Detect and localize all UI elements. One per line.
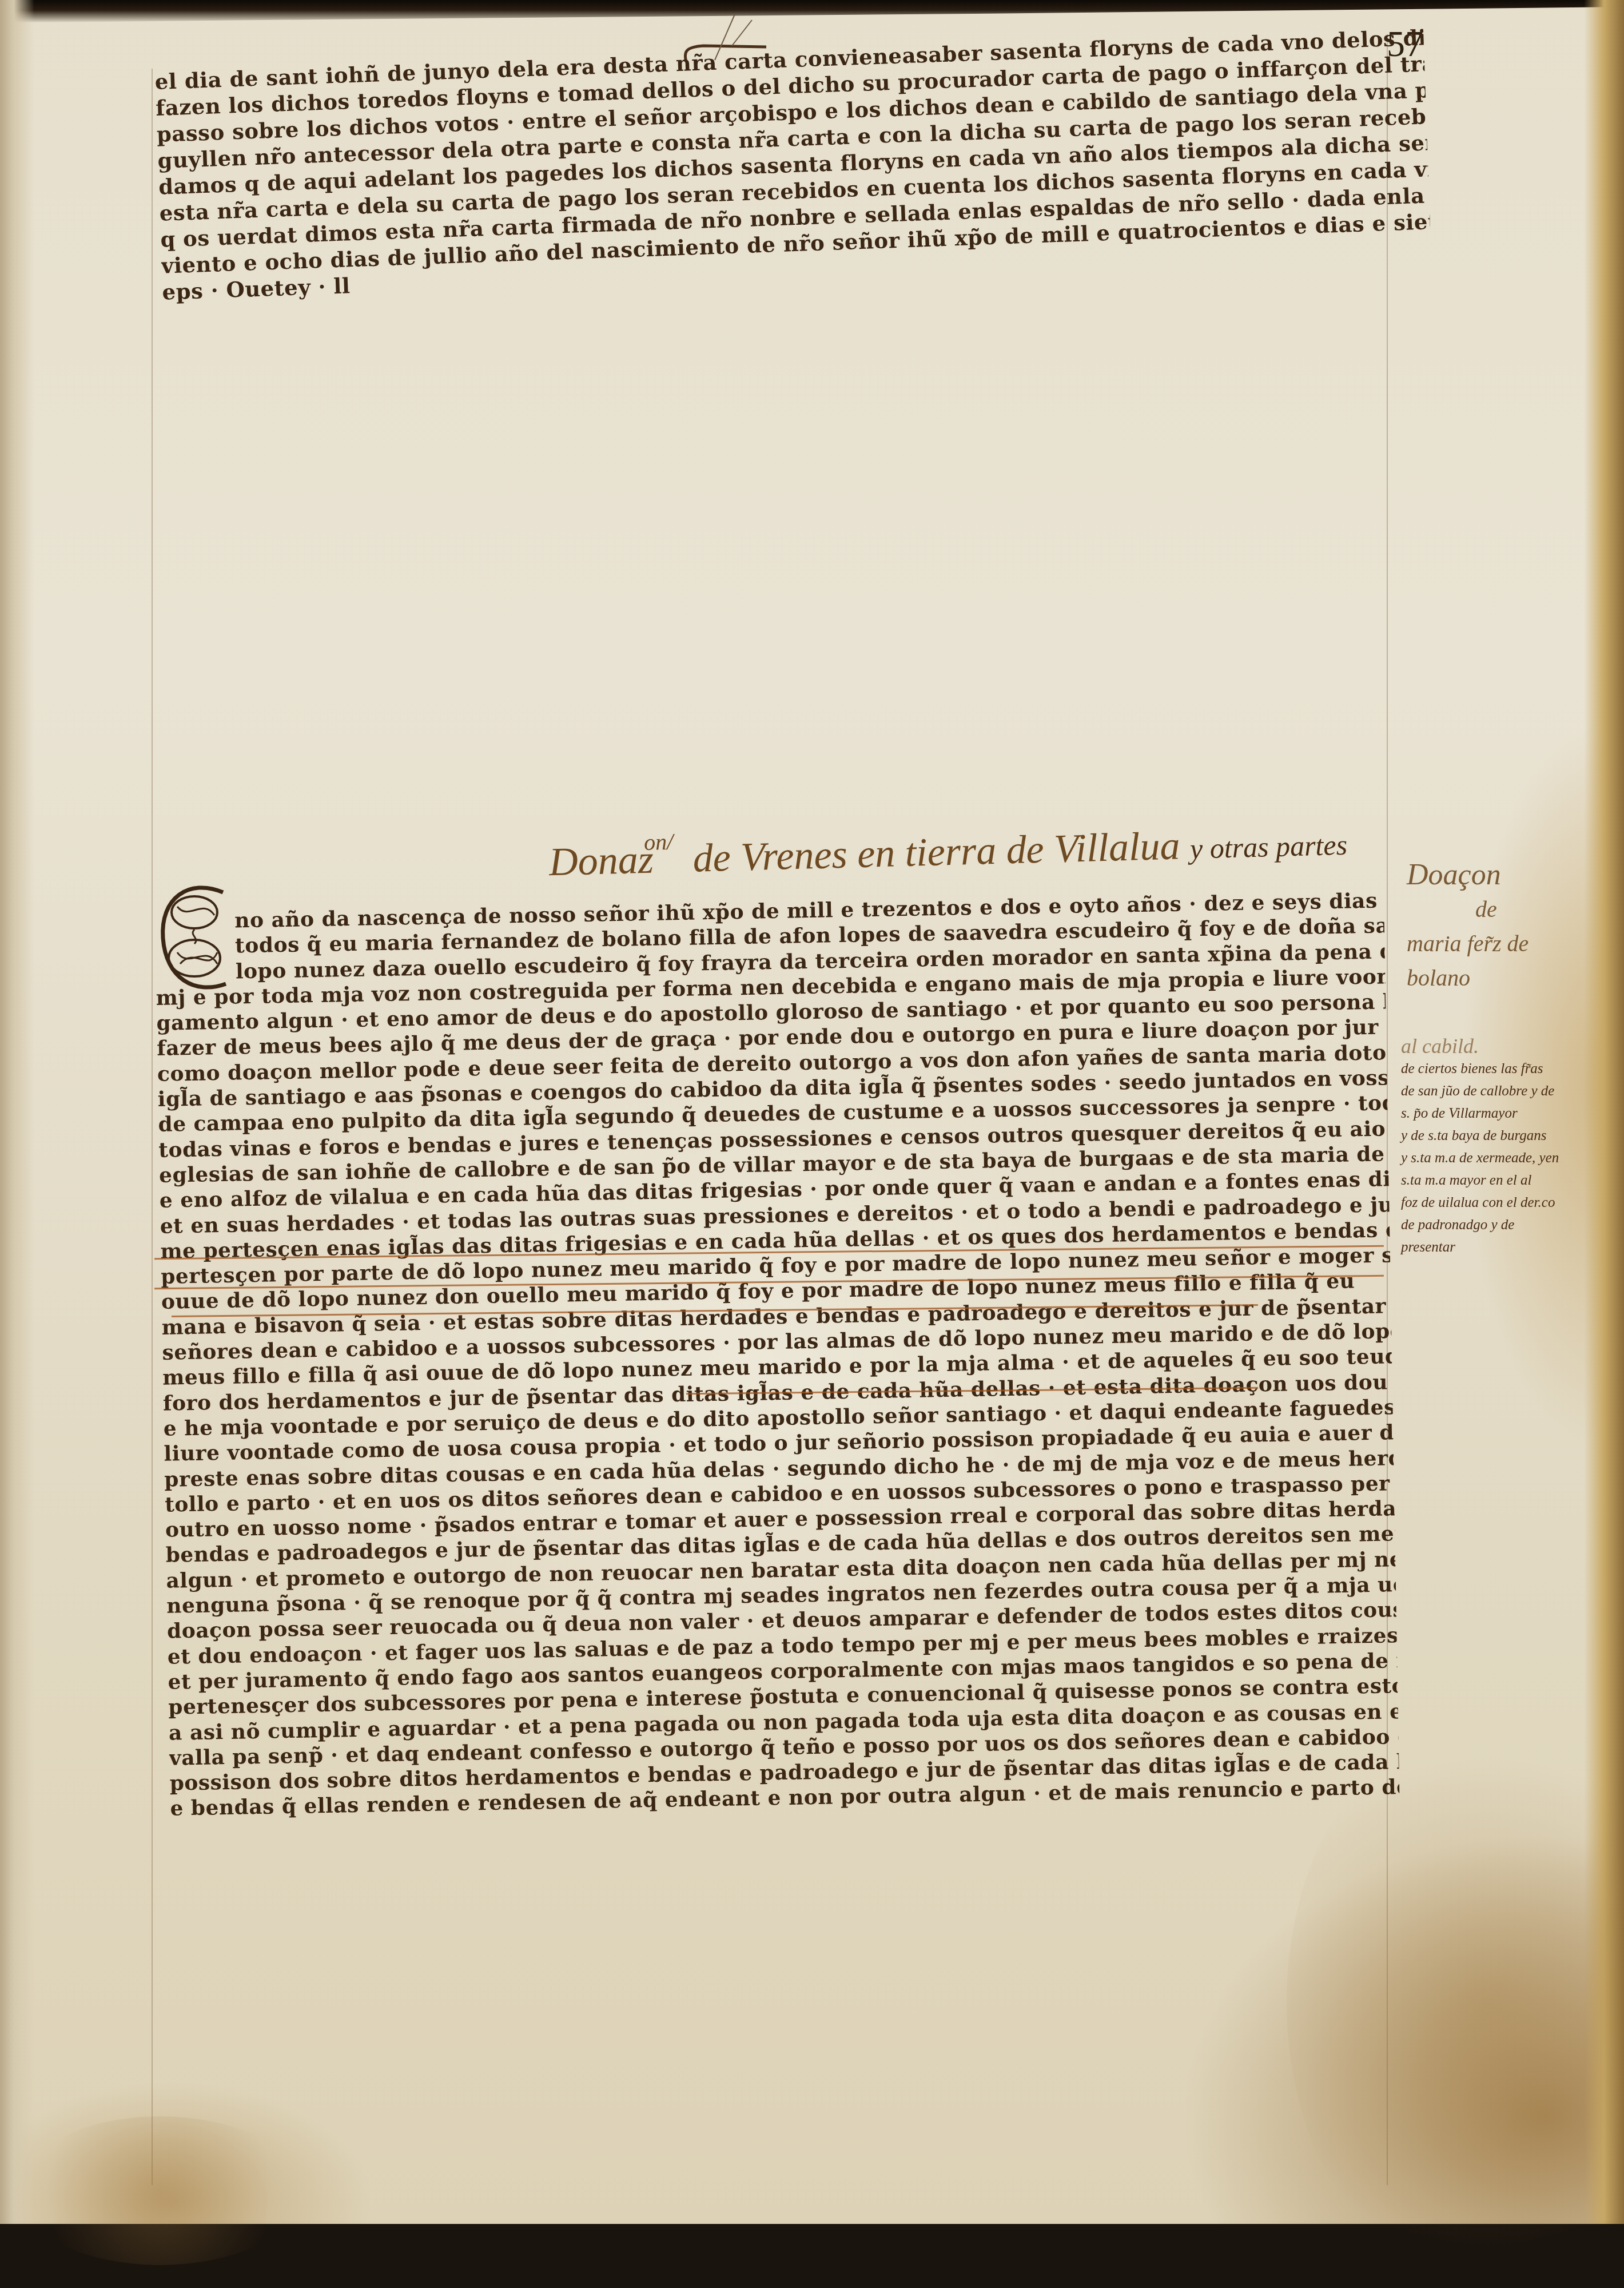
margin-line: s. p̃o de Villarmayor (1401, 1102, 1618, 1125)
margin-note-summary: al cabild. de ciertos bienes las fr̃as d… (1401, 1035, 1618, 1258)
margin-line: Doaçon (1407, 858, 1529, 892)
margin-line: y de s.ta baya de burgans (1401, 1125, 1618, 1147)
margin-line: foz de uilalua con el der.co (1401, 1191, 1618, 1214)
margin-line: de padronadgo y de (1401, 1214, 1618, 1236)
margin-line: presentar (1401, 1236, 1618, 1258)
margin-line: de ciertos bienes las fr̃as (1401, 1058, 1618, 1080)
stain (17, 2116, 303, 2224)
title-abbreviation: on/ (644, 829, 674, 855)
ruling-left (152, 69, 153, 2185)
margin-line: de san jũo de callobre y de (1401, 1080, 1618, 1102)
margin-line: s.ta m.a mayor en el al (1401, 1169, 1618, 1191)
title-suffix: y otras partes (1189, 829, 1347, 865)
charter-2-text: no año da nascença de nosso señor ihũ xp… (154, 888, 1400, 1821)
margin-note-title: Doaçon de maria fer̃z de bolano (1407, 858, 1529, 995)
margin-line: y s.ta m.a de xermeade, yen (1401, 1147, 1618, 1169)
margin-line: bolano (1407, 961, 1529, 995)
margin-line: de (1407, 892, 1529, 927)
manuscript-page: 57 el dia de sant iohñ de junyo dela era… (0, 0, 1624, 2224)
document-title: Donazon/ de Vrenes en tierra de Villalua… (548, 819, 1348, 886)
margin-heading: al cabild. (1401, 1035, 1618, 1058)
title-text: de Vrenes en tierra de Villalua (692, 824, 1181, 880)
charter-1-text: el dia de sant iohñ de junyo dela era de… (154, 25, 1420, 305)
binding-fold (0, 0, 34, 2224)
margin-line: maria fer̃z de (1407, 927, 1529, 961)
title-prefix: Donaz (548, 838, 654, 885)
scan-shadow-top (0, 0, 1624, 23)
